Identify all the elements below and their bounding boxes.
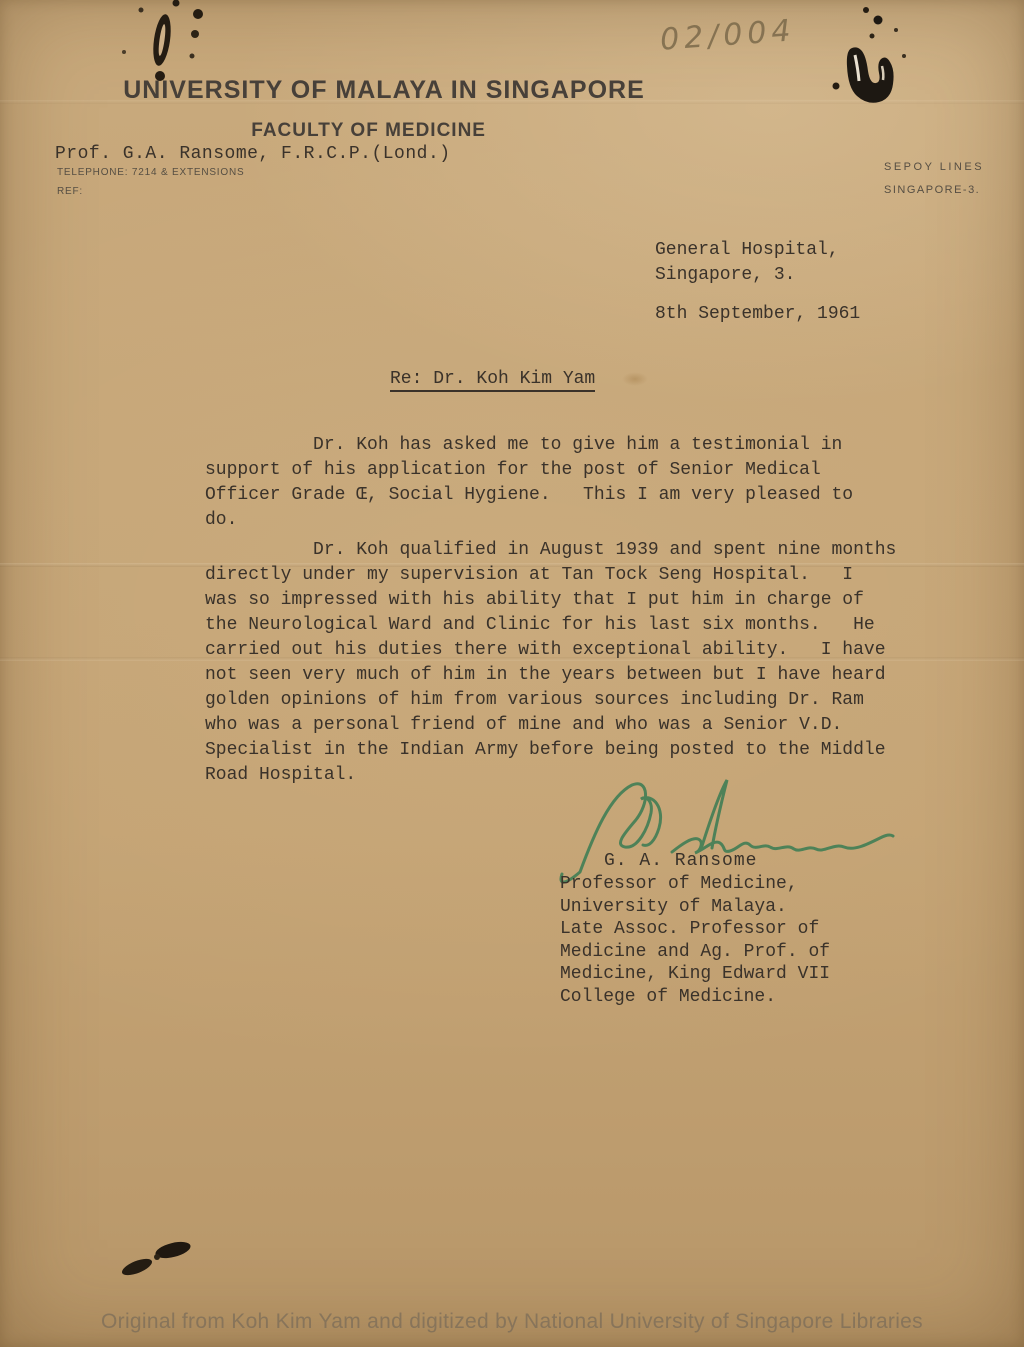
university-title: UNIVERSITY OF MALAYA IN SINGAPORE bbox=[0, 76, 768, 105]
subject-line: Re: Dr. Koh Kim Yam bbox=[390, 369, 595, 392]
ref-label: REF: bbox=[57, 186, 83, 197]
scanned-letter-page: 02/004 UNIVERSITY OF MALAYA IN SINGAPORE… bbox=[0, 0, 1024, 1347]
sender-address: General Hospital, Singapore, 3. bbox=[655, 238, 839, 288]
location-singapore: SINGAPORE-3. bbox=[884, 184, 980, 196]
letter-date: 8th September, 1961 bbox=[655, 304, 860, 324]
faculty-subtitle: FACULTY OF MEDICINE bbox=[0, 120, 737, 142]
ink-smudge-bottom-left bbox=[105, 1235, 205, 1285]
ink-blot-top-right bbox=[820, 0, 940, 120]
handwritten-number: 02/004 bbox=[659, 13, 797, 57]
paper-stain bbox=[622, 372, 648, 386]
paragraph-2: Dr. Koh qualified in August 1939 and spe… bbox=[205, 538, 925, 788]
signatory-name: G. A. Ransome bbox=[604, 851, 757, 871]
location-sepoy-lines: SEPOY LINES bbox=[884, 161, 984, 173]
footer-attribution: Original from Koh Kim Yam and digitized … bbox=[0, 1310, 1024, 1334]
paragraph-1: Dr. Koh has asked me to give him a testi… bbox=[205, 433, 925, 533]
telephone-line: TELEPHONE: 7214 & EXTENSIONS bbox=[57, 167, 244, 178]
signatory-titles: Professor of Medicine, University of Mal… bbox=[560, 873, 830, 1008]
professor-name: Prof. G.A. Ransome, F.R.C.P.(Lond.) bbox=[55, 144, 451, 164]
